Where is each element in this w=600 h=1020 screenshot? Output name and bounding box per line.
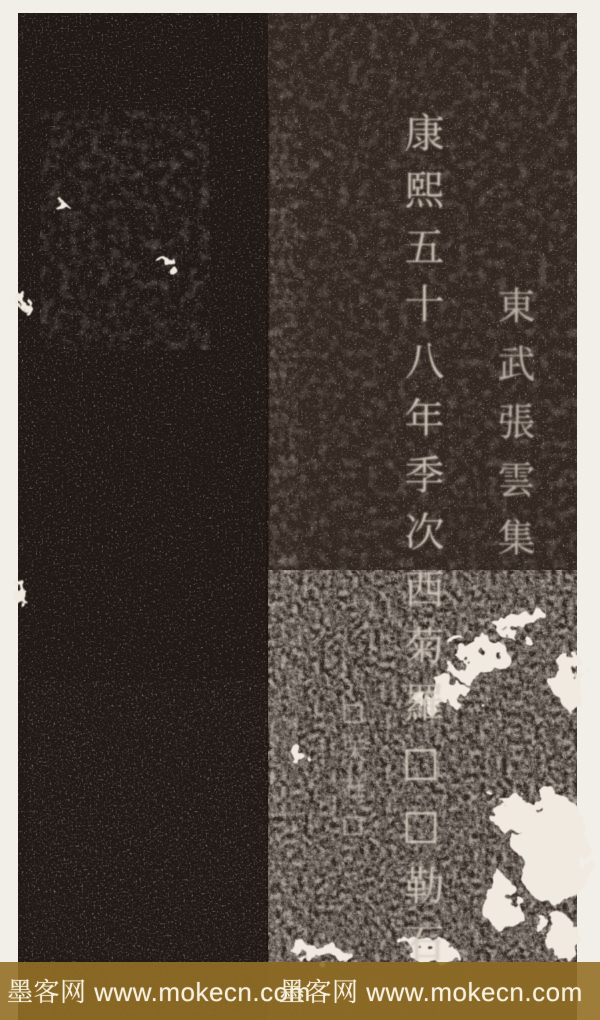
grain-upper-left	[40, 110, 210, 350]
watermark-text-left: 墨客网 www.mokecn.com	[7, 977, 311, 1007]
rubbing-photo-page: 康熙五十八年季次西菊羅□□勒石 東武張雲集 □天祥□ 墨客网 www.mokec…	[0, 0, 600, 1020]
watermark-bar: 墨客网 www.mokecn.com 墨客网 www.mokecn.com	[0, 962, 600, 1020]
inscription-title-column: 東武張雲集	[486, 286, 541, 576]
watermark-text-right: 墨客网 www.mokecn.com	[279, 977, 583, 1007]
grain-lower-left	[28, 680, 268, 960]
inscription-signature-column: □天祥□	[336, 698, 371, 850]
inscription-date-column: 康熙五十八年季次西菊羅□□勒石	[393, 112, 450, 979]
